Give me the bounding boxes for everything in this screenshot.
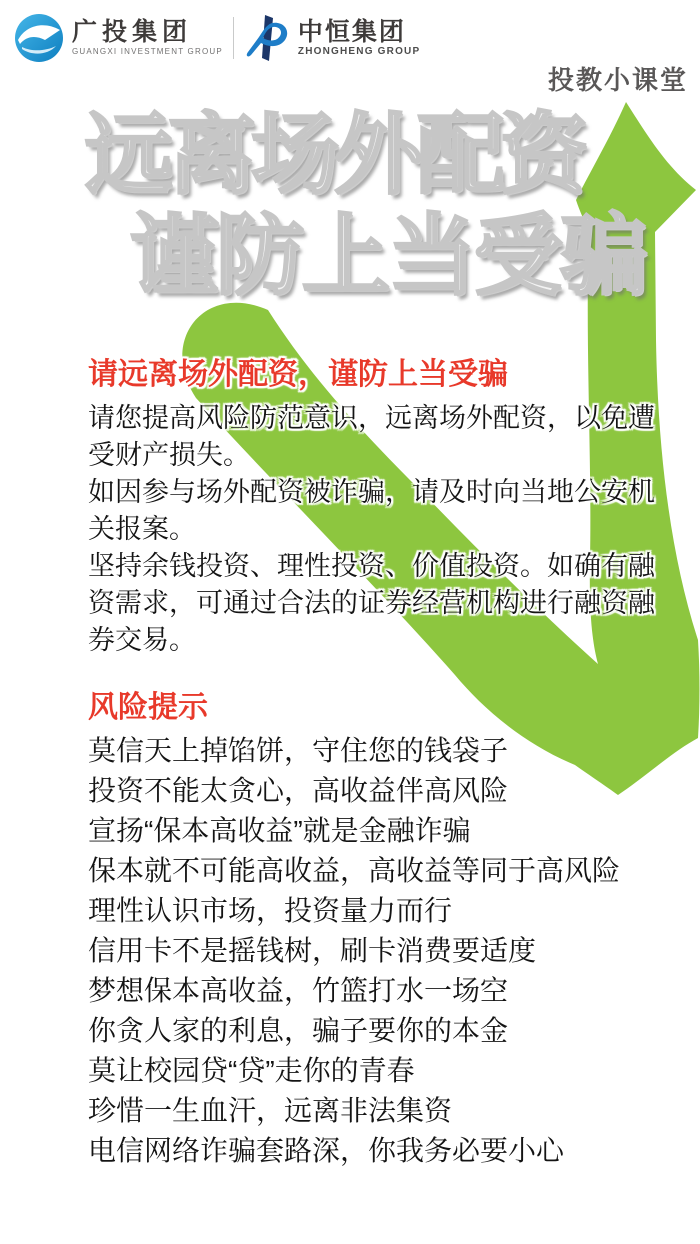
risk-item: 电信网络诈骗套路深，你我务必要小心 — [88, 1131, 678, 1171]
risk-item: 信用卡不是摇钱树，刷卡消费要适度 — [88, 931, 678, 971]
zhongheng-logo-subtitle: ZHONGHENG GROUP — [298, 46, 420, 58]
risk-item: 宣扬“保本高收益”就是金融诈骗 — [88, 811, 678, 851]
advisory-paragraph: 如因参与场外配资被诈骗，请及时向当地公安机关报案。 — [88, 474, 663, 548]
advisory-section: 请远离场外配资，谨防上当受骗 请您提高风险防范意识，远离场外配资，以免遭受财产损… — [88, 358, 663, 659]
guangxi-logo-icon — [14, 13, 64, 63]
logo-divider — [233, 17, 234, 59]
headline-line-1: 远离场外配资 — [85, 104, 700, 205]
zhongheng-logo-text: 中恒集团 ZHONGHENG GROUP — [298, 19, 420, 58]
risk-item: 珍惜一生血汗，远离非法集资 — [88, 1091, 678, 1131]
series-tagline: 投教小课堂 — [548, 60, 688, 97]
risk-item: 莫信天上掉馅饼，守住您的钱袋子 — [88, 731, 678, 771]
risk-item: 保本就不可能高收益，高收益等同于高风险 — [88, 851, 678, 891]
risk-item: 梦想保本高收益，竹篮打水一场空 — [88, 971, 678, 1011]
guangxi-logo-text: 广投集团 GUANGXI INVESTMENT GROUP — [72, 19, 223, 58]
risk-section: 风险提示 莫信天上掉馅饼，守住您的钱袋子 投资不能太贪心，高收益伴高风险 宣扬“… — [88, 691, 678, 1171]
risk-item: 莫让校园贷“贷”走你的青春 — [88, 1051, 678, 1091]
guangxi-logo-name: 广投集团 — [72, 19, 223, 46]
guangxi-logo: 广投集团 GUANGXI INVESTMENT GROUP — [14, 13, 223, 63]
guangxi-logo-subtitle: GUANGXI INVESTMENT GROUP — [72, 46, 223, 58]
advisory-paragraph: 请您提高风险防范意识，远离场外配资，以免遭受财产损失。 — [88, 400, 663, 474]
headline: 远离场外配资 谨防上当受骗 — [0, 104, 700, 306]
risk-item: 你贪人家的利息，骗子要你的本金 — [88, 1011, 678, 1051]
headline-line-2: 谨防上当受骗 — [130, 205, 700, 306]
poster-page: 广投集团 GUANGXI INVESTMENT GROUP 中恒集团 ZHONG… — [0, 0, 700, 1244]
risk-item: 理性认识市场，投资量力而行 — [88, 891, 678, 931]
risk-item: 投资不能太贪心，高收益伴高风险 — [88, 771, 678, 811]
risk-heading: 风险提示 — [88, 691, 678, 725]
zhongheng-logo-name: 中恒集团 — [298, 19, 420, 46]
zhongheng-logo: 中恒集团 ZHONGHENG GROUP — [246, 14, 420, 62]
advisory-paragraph: 坚持余钱投资、理性投资、价值投资。如确有融资需求，可通过合法的证券经营机构进行融… — [88, 548, 663, 659]
zhongheng-logo-icon — [246, 14, 290, 62]
advisory-heading: 请远离场外配资，谨防上当受骗 — [88, 358, 663, 392]
brand-header: 广投集团 GUANGXI INVESTMENT GROUP 中恒集团 ZHONG… — [14, 12, 420, 64]
